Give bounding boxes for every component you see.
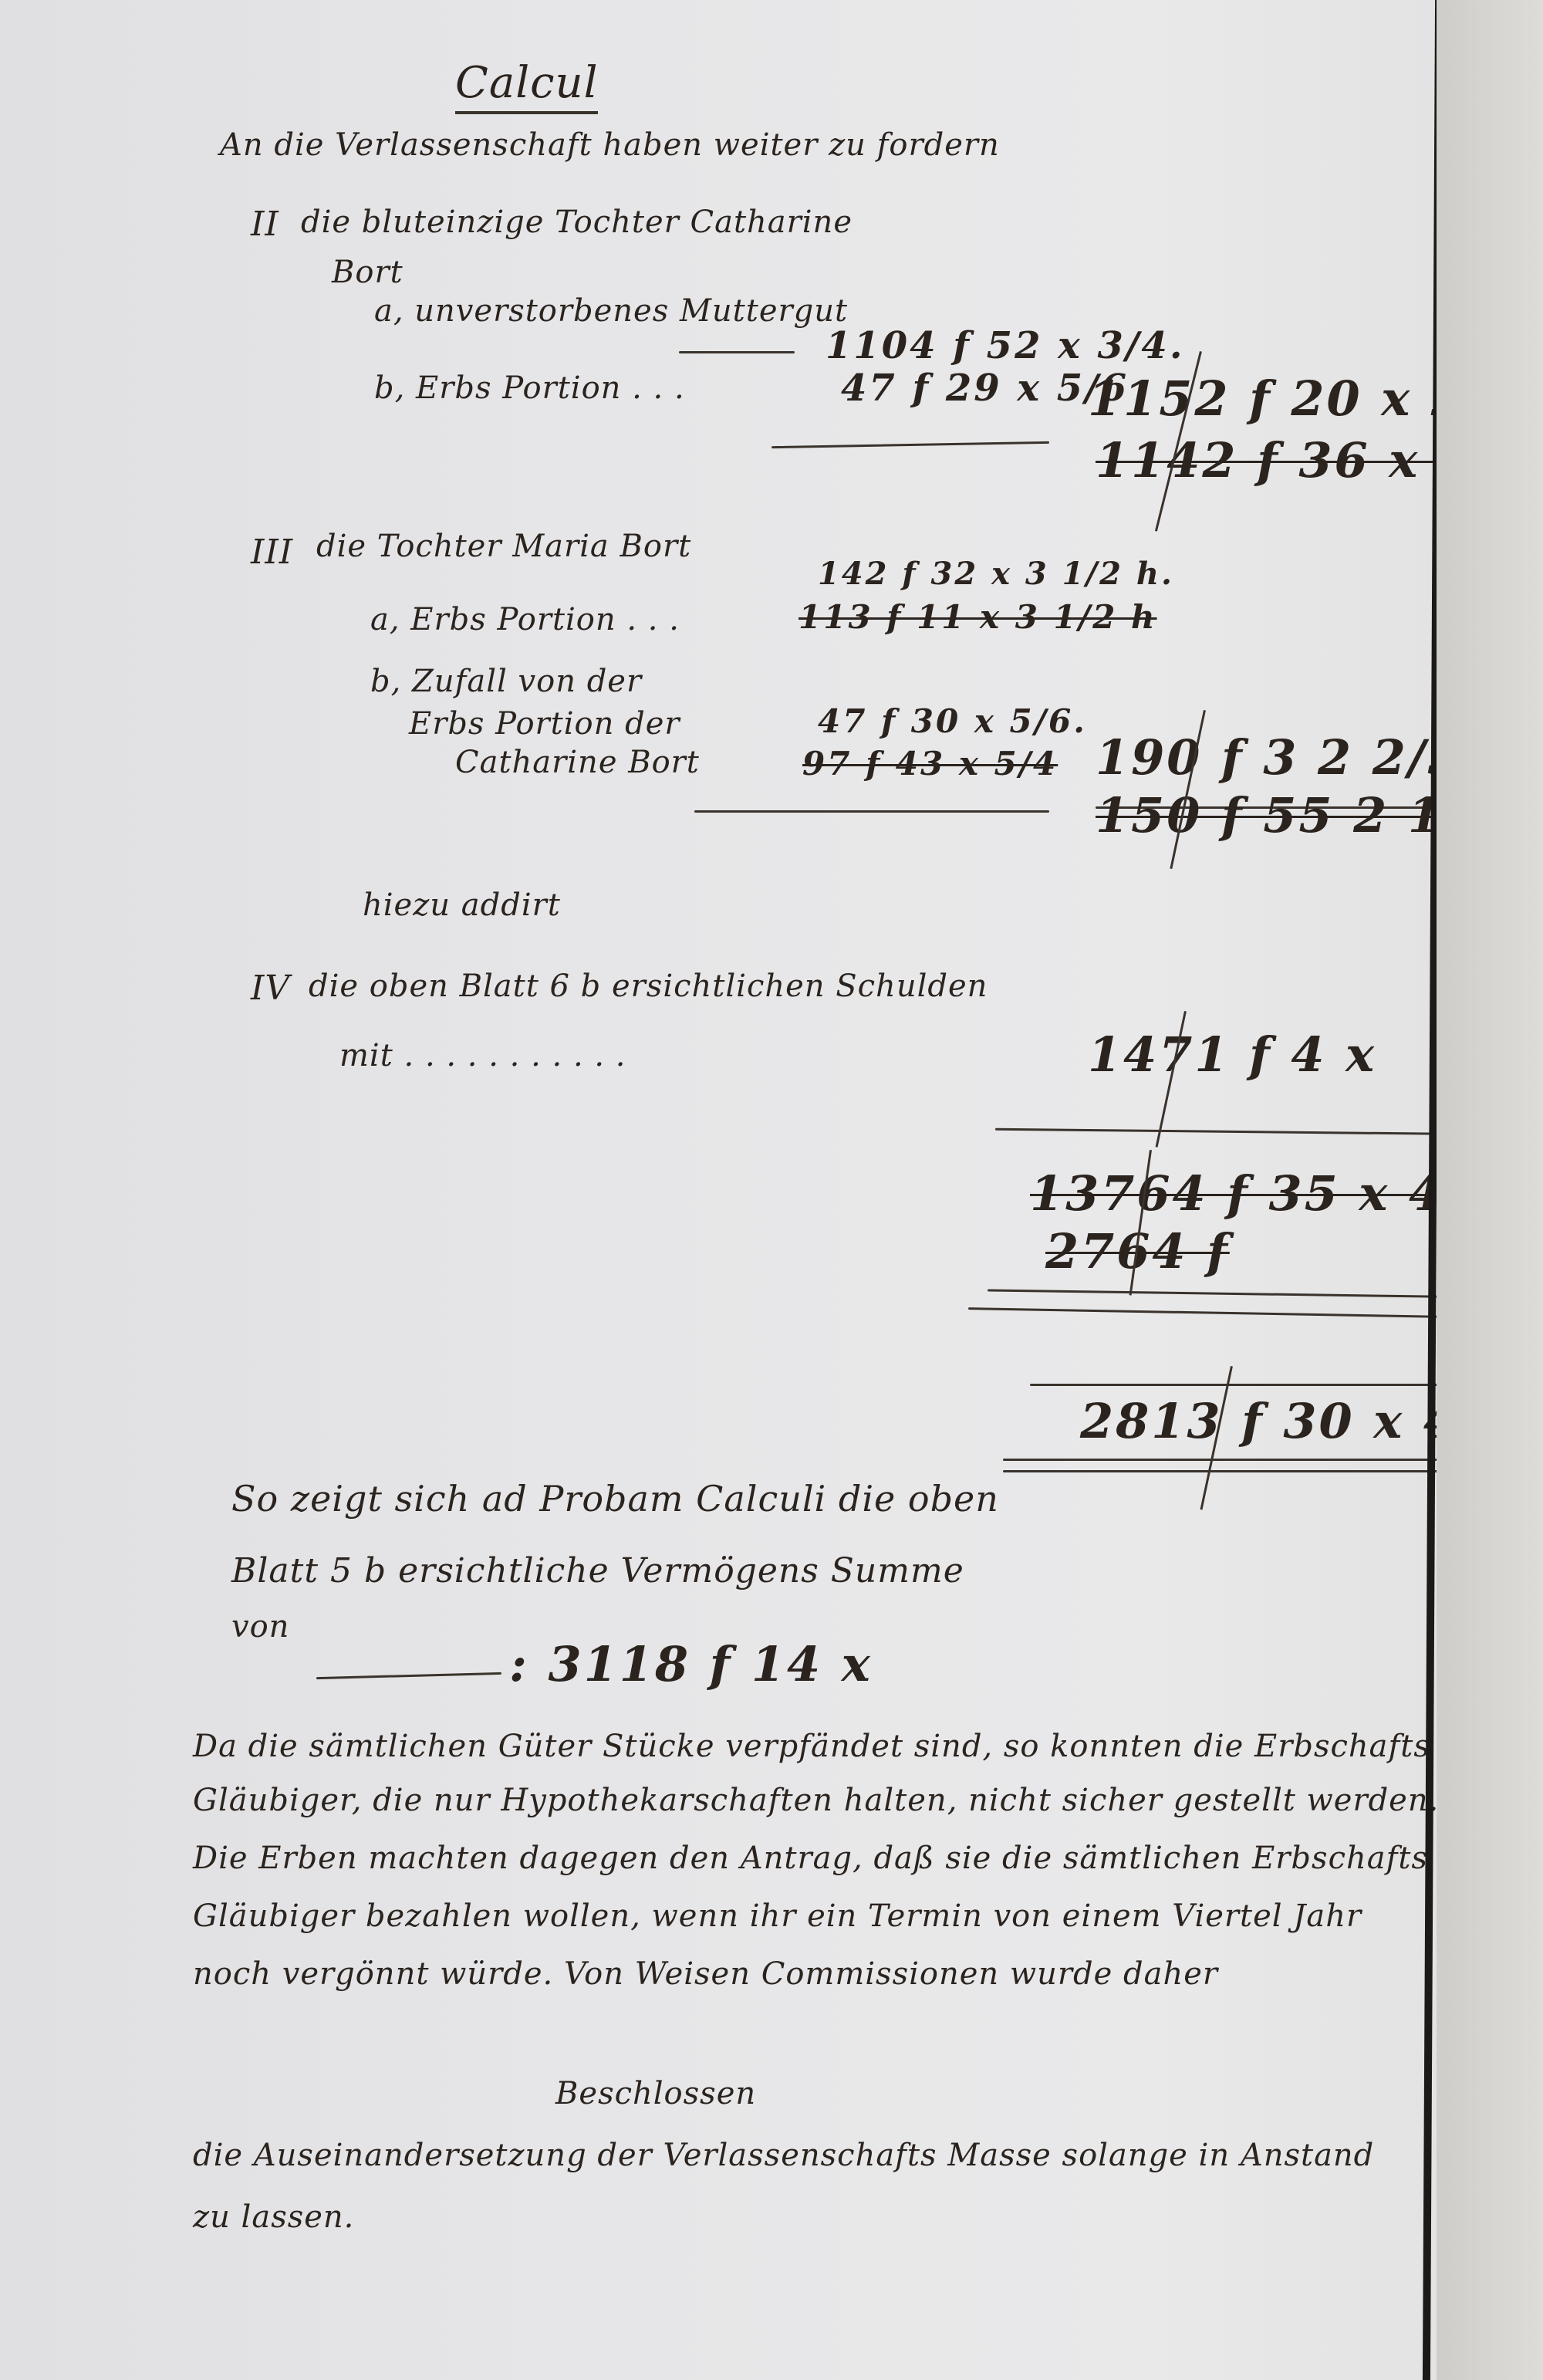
- double-rule-top: [1003, 1459, 1489, 1461]
- section-iii-item-b-label2: Erbs Portion der: [409, 706, 680, 742]
- intro-line: An die Verlassenschaft haben weiter zu f…: [220, 127, 1000, 163]
- decision-line-2: zu lassen.: [193, 2199, 354, 2235]
- section-iii-item-b-label: b, Zufall von der: [370, 664, 642, 699]
- leader-line: [316, 1672, 501, 1679]
- section-ii-item-b-amount: 47 f 29 x 5/6: [841, 367, 1129, 410]
- section-iv-numeral: IV: [251, 969, 290, 1008]
- proof-line3: von: [231, 1609, 289, 1645]
- section-iv-line2: mit . . . . . . . . . . .: [339, 1038, 626, 1073]
- section-ii-item-a-amount: 1104 f 52 x 3/4.: [826, 324, 1185, 367]
- total-rule: [988, 1289, 1485, 1298]
- paragraph-line-3: Die Erben machten dagegen den Antrag, da…: [193, 1841, 1428, 1876]
- addendum-label: hiezu addirt: [363, 887, 561, 923]
- section-ii-item-a-label: a, unverstorbenes Muttergut: [374, 293, 848, 329]
- decision-heading: Beschlossen: [555, 2076, 756, 2111]
- section-ii-heading: die bluteinzige Tochter Catharine: [301, 205, 853, 240]
- paragraph-line-2: Gläubiger, die nur Hypothekarschaften ha…: [193, 1783, 1439, 1818]
- double-rule-bottom: [1003, 1470, 1489, 1472]
- section-iv-amount: 1471 f 4 x: [1088, 1026, 1376, 1083]
- page-title: Calcul: [455, 58, 598, 114]
- proof-line1: So zeigt sich ad Probam Calculi die oben: [231, 1478, 999, 1520]
- proof-line2: Blatt 5 b ersichtliche Vermögens Summe: [231, 1551, 964, 1591]
- section-iii-item-b-label3: Catharine Bort: [455, 745, 700, 780]
- sum-rule: [771, 441, 1049, 448]
- section-iii-numeral: III: [251, 532, 293, 572]
- section-ii-heading-cont: Bort: [332, 255, 403, 290]
- leader-line: [679, 351, 795, 353]
- section-iii-item-a-amount-top: 142 f 32 x 3 1/2 h.: [818, 556, 1174, 592]
- proof-amount: : 3118 f 14 x: [509, 1636, 873, 1692]
- section-ii-item-b-label: b, Erbs Portion . . .: [374, 370, 685, 406]
- section-iv-line1: die oben Blatt 6 b ersichtlichen Schulde…: [309, 969, 988, 1004]
- section-iii-heading: die Tochter Maria Bort: [316, 529, 691, 564]
- section-iii-item-b-amount-top: 47 f 30 x 5/6.: [818, 702, 1087, 740]
- decision-line-1: die Auseinandersetzung der Verlassenscha…: [193, 2138, 1374, 2173]
- paragraph-line-5: noch vergönnt würde. Von Weisen Commissi…: [193, 1956, 1218, 1992]
- paragraph-line-4: Gläubiger bezahlen wollen, wenn ihr ein …: [193, 1898, 1362, 1934]
- sum-rule: [1030, 1384, 1485, 1386]
- adjacent-page-edge: [1437, 0, 1543, 2380]
- sum-rule: [995, 1128, 1481, 1136]
- section-iii-item-a-amount: 113 f 11 x 3 1/2 h: [799, 598, 1157, 636]
- document-page: Calcul An die Verlassenschaft haben weit…: [0, 0, 1437, 2380]
- paragraph-line-1: Da die sämtlichen Güter Stücke verpfände…: [193, 1729, 1430, 1764]
- sum-rule: [694, 810, 1049, 813]
- section-ii-numeral: II: [251, 205, 279, 244]
- section-iii-item-b-amount: 97 f 43 x 5/4: [802, 745, 1058, 783]
- total-rule: [968, 1307, 1489, 1319]
- section-iii-item-a-label: a, Erbs Portion . . .: [370, 602, 680, 637]
